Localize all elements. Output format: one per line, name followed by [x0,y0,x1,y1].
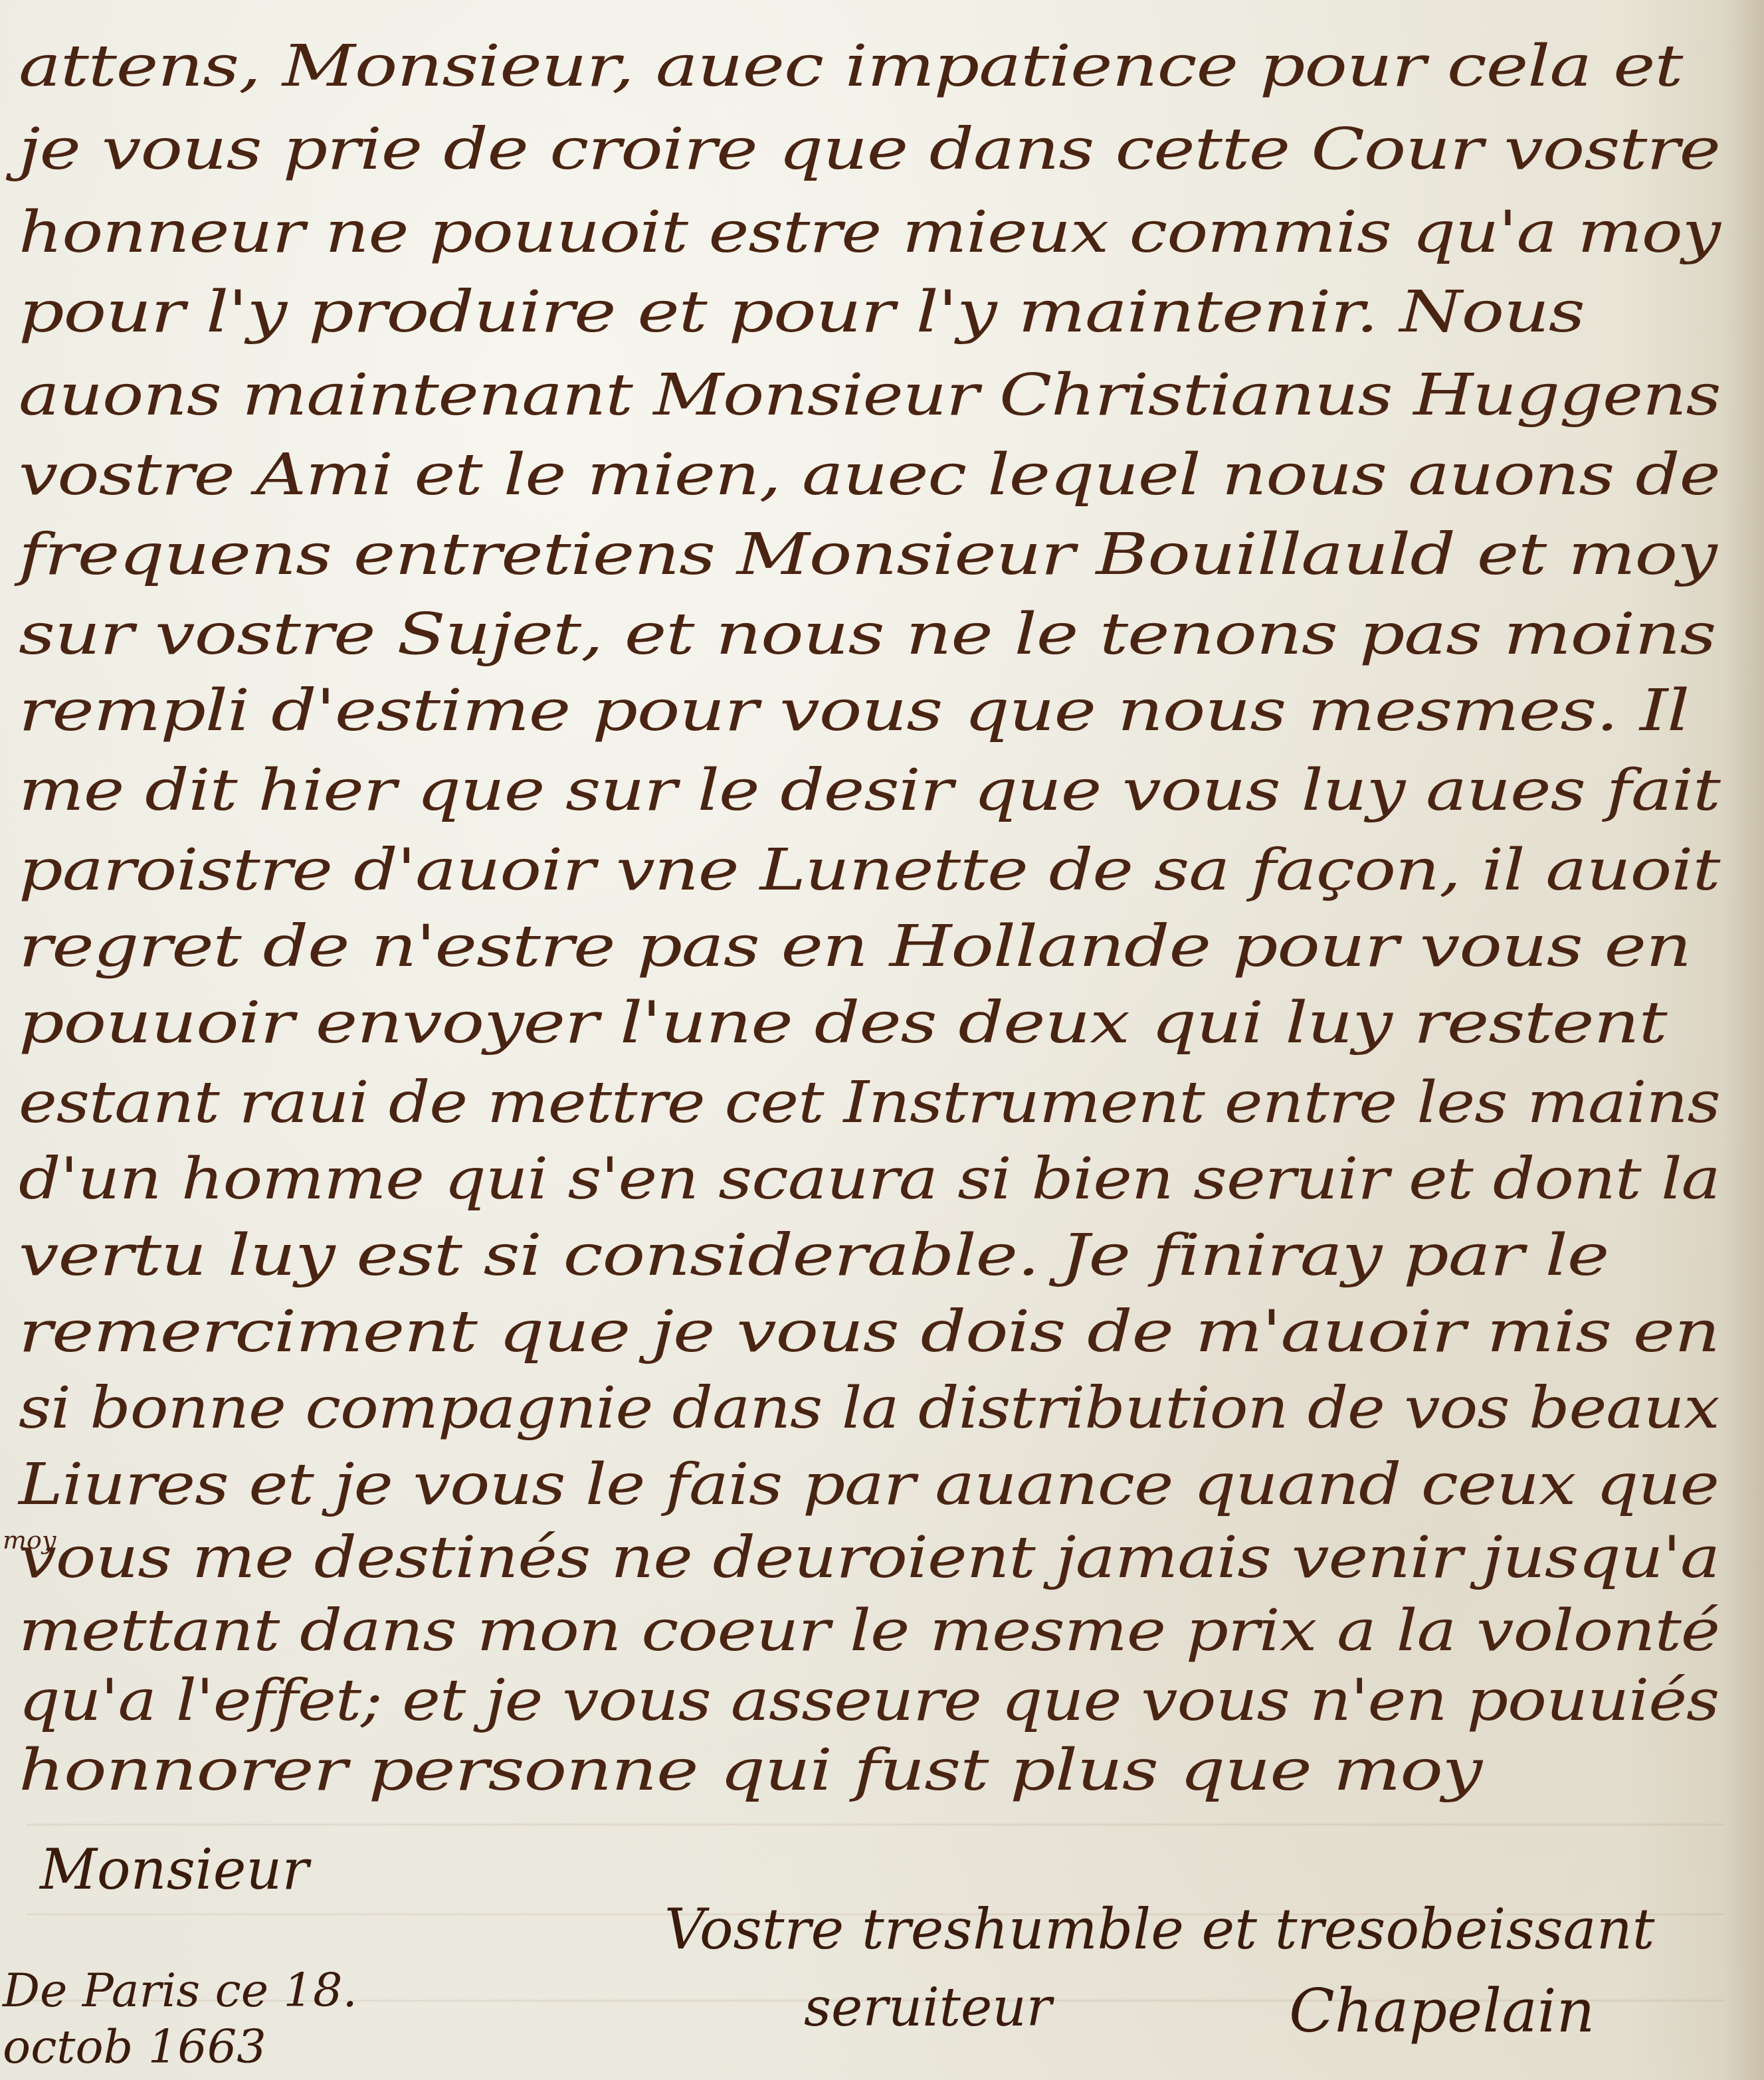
letter-line: d'un homme qui s'en scaura si bien serui… [19,1143,1720,1216]
letter-line: je vous prie de croire que dans cette Co… [19,113,1720,186]
letter-line: mettant dans mon coeur le mesme prix a l… [19,1594,1719,1667]
salutation: Monsieur [40,1837,309,1902]
letter-line: vostre Ami et le mien, auec lequel nous … [19,438,1720,512]
letter-line: rempli d'estime pour vous que nous mesme… [19,674,1689,747]
closing-formula: Vostre treshumble et tresobeissant [664,1897,1655,1962]
letter-line: si bonne compagnie dans la distribution … [19,1372,1719,1445]
letter-line: auons maintenant Monsieur Christianus Hu… [19,359,1720,432]
letter-line: estant raui de mettre cet Instrument ent… [19,1066,1720,1139]
letter-line: honnorer personne qui fust plus que moy [19,1734,1482,1807]
letter-line: remerciment que je vous dois de m'auoir … [19,1295,1719,1369]
letter-line: frequens entretiens Monsieur Bouillauld … [19,518,1717,591]
letter-line: paroistre d'auoir vne Lunette de sa faço… [19,834,1719,907]
date-year: octob 1663 [3,2020,266,2074]
paper-edge-shadow [1724,0,1764,2080]
signature: Chapelain [1289,1976,1595,2046]
margin-note: moy [3,1525,56,1555]
letter-line: vous me destinés ne deuroient jamais ven… [19,1521,1719,1594]
letter-line: sur vostre Sujet, et nous ne le tenons p… [19,598,1715,671]
letter-line: honneur ne pouuoit estre mieux commis qu… [19,196,1720,269]
bleed-through-mark [27,1824,1724,1826]
letter-line: vertu luy est si considerable. Je finira… [19,1219,1609,1292]
letter-line: attens, Monsieur, auec impatience pour c… [19,30,1682,103]
letter-line: regret de n'estre pas en Hollande pour v… [19,910,1691,983]
letter-line: Liures et je vous le fais par auance qua… [19,1448,1719,1521]
place-date: De Paris ce 18. [3,1963,357,2018]
letter-line: qu'a l'effet; et je vous asseure que vou… [19,1664,1719,1737]
letter-line: pouuoir envoyer l'une des deux qui luy r… [19,987,1666,1060]
letter-line: me dit hier que sur le desir que vous lu… [19,754,1720,827]
closing-servant: seruiteur [804,1976,1052,2038]
letter-line: pour l'y produire et pour l'y maintenir.… [19,276,1585,349]
